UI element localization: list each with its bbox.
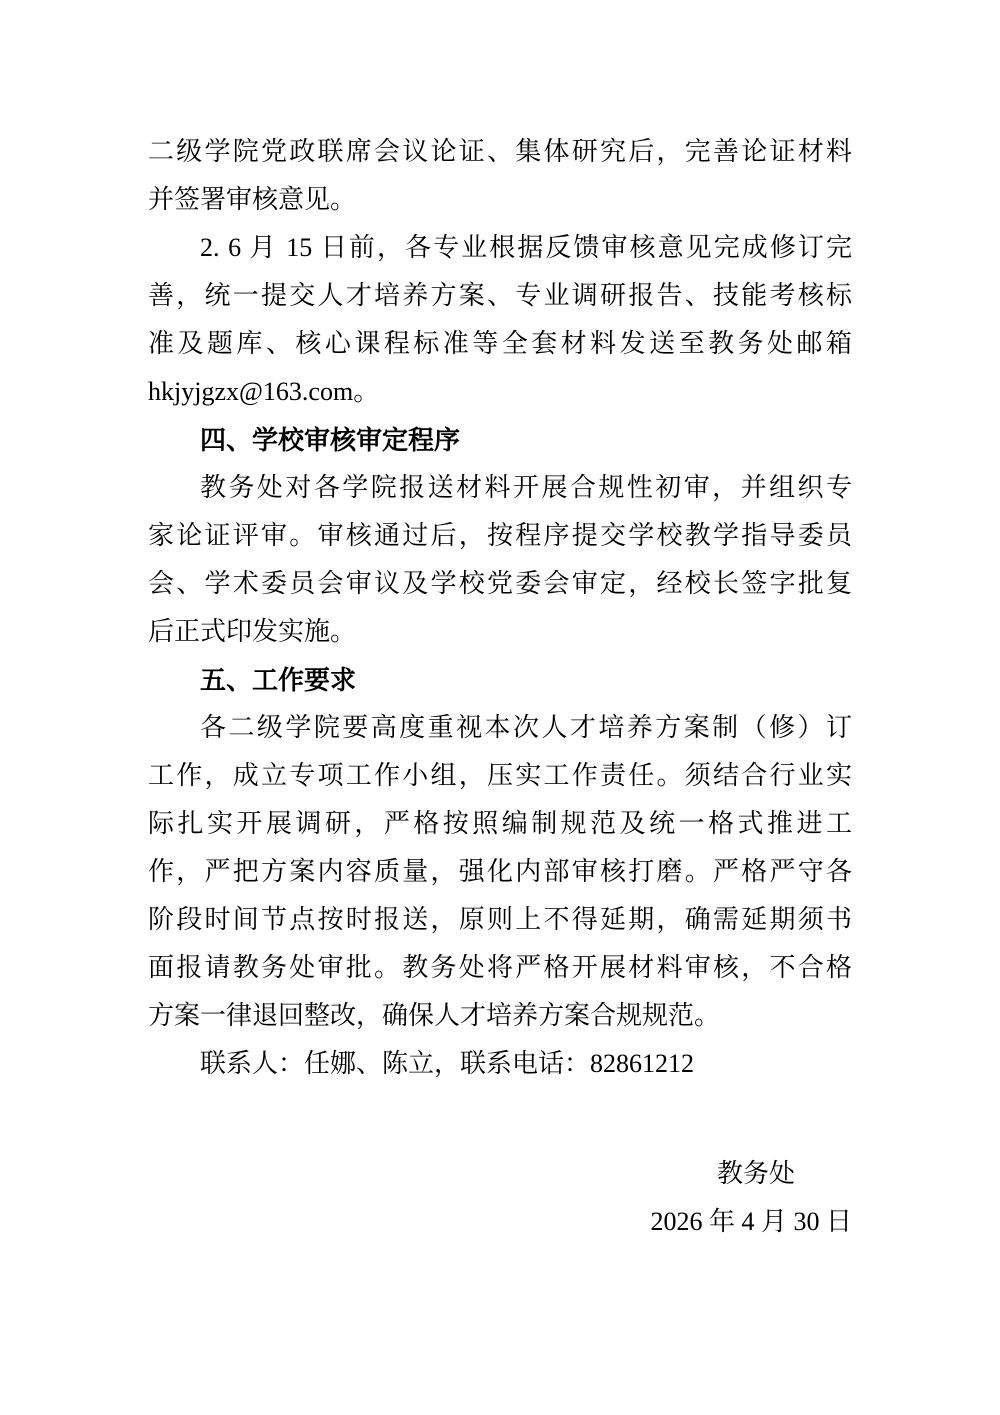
text-line: 后正式印发实施。 — [148, 608, 852, 656]
text-line: 各二级学院要高度重视本次人才培养方案制（修）订 — [148, 704, 852, 752]
section-heading: 四、学校审核审定程序 — [148, 416, 852, 464]
text-line: 面报请教务处审批。教务处将严格开展材料审核，不合格 — [148, 944, 852, 992]
text-line: 2. 6 月 15 日前，各专业根据反馈审核意见完成修订完 — [148, 224, 852, 272]
text-line: 作，严把方案内容质量，强化内部审核打磨。严格严守各 — [148, 848, 852, 896]
signature-date: 2026 年 4 月 30 日 — [148, 1198, 852, 1246]
document-page: 二级学院党政联席会议论证、集体研究后，完善论证材料并签署审核意见。2. 6 月 … — [0, 0, 1000, 1415]
text-line: 联系人：任娜、陈立，联系电话：82861212 — [148, 1040, 852, 1088]
text-line: 并签署审核意见。 — [148, 176, 852, 224]
text-line: 善，统一提交人才培养方案、专业调研报告、技能考核标 — [148, 272, 852, 320]
text-line: 际扎实开展调研，严格按照编制规范及统一格式推进工 — [148, 800, 852, 848]
text-line: 教务处对各学院报送材料开展合规性初审，并组织专 — [148, 464, 852, 512]
notice-body: 二级学院党政联席会议论证、集体研究后，完善论证材料并签署审核意见。2. 6 月 … — [148, 128, 852, 1088]
text-line: 工作，成立专项工作小组，压实工作责任。须结合行业实 — [148, 752, 852, 800]
text-line: 准及题库、核心课程标准等全套材料发送至教务处邮箱 — [148, 320, 852, 368]
text-line: 方案一律退回整改，确保人才培养方案合规规范。 — [148, 992, 852, 1040]
text-line: 二级学院党政联席会议论证、集体研究后，完善论证材料 — [148, 128, 852, 176]
signature-department: 教务处 — [148, 1150, 852, 1198]
section-heading: 五、工作要求 — [148, 656, 852, 704]
text-line: 阶段时间节点按时报送，原则上不得延期，确需延期须书 — [148, 896, 852, 944]
text-line: 会、学术委员会审议及学校党委会审定，经校长签字批复 — [148, 560, 852, 608]
text-line: hkjyjgzx@163.com。 — [148, 368, 852, 416]
text-line: 家论证评审。审核通过后，按程序提交学校教学指导委员 — [148, 512, 852, 560]
signature-spacer — [148, 1088, 852, 1150]
